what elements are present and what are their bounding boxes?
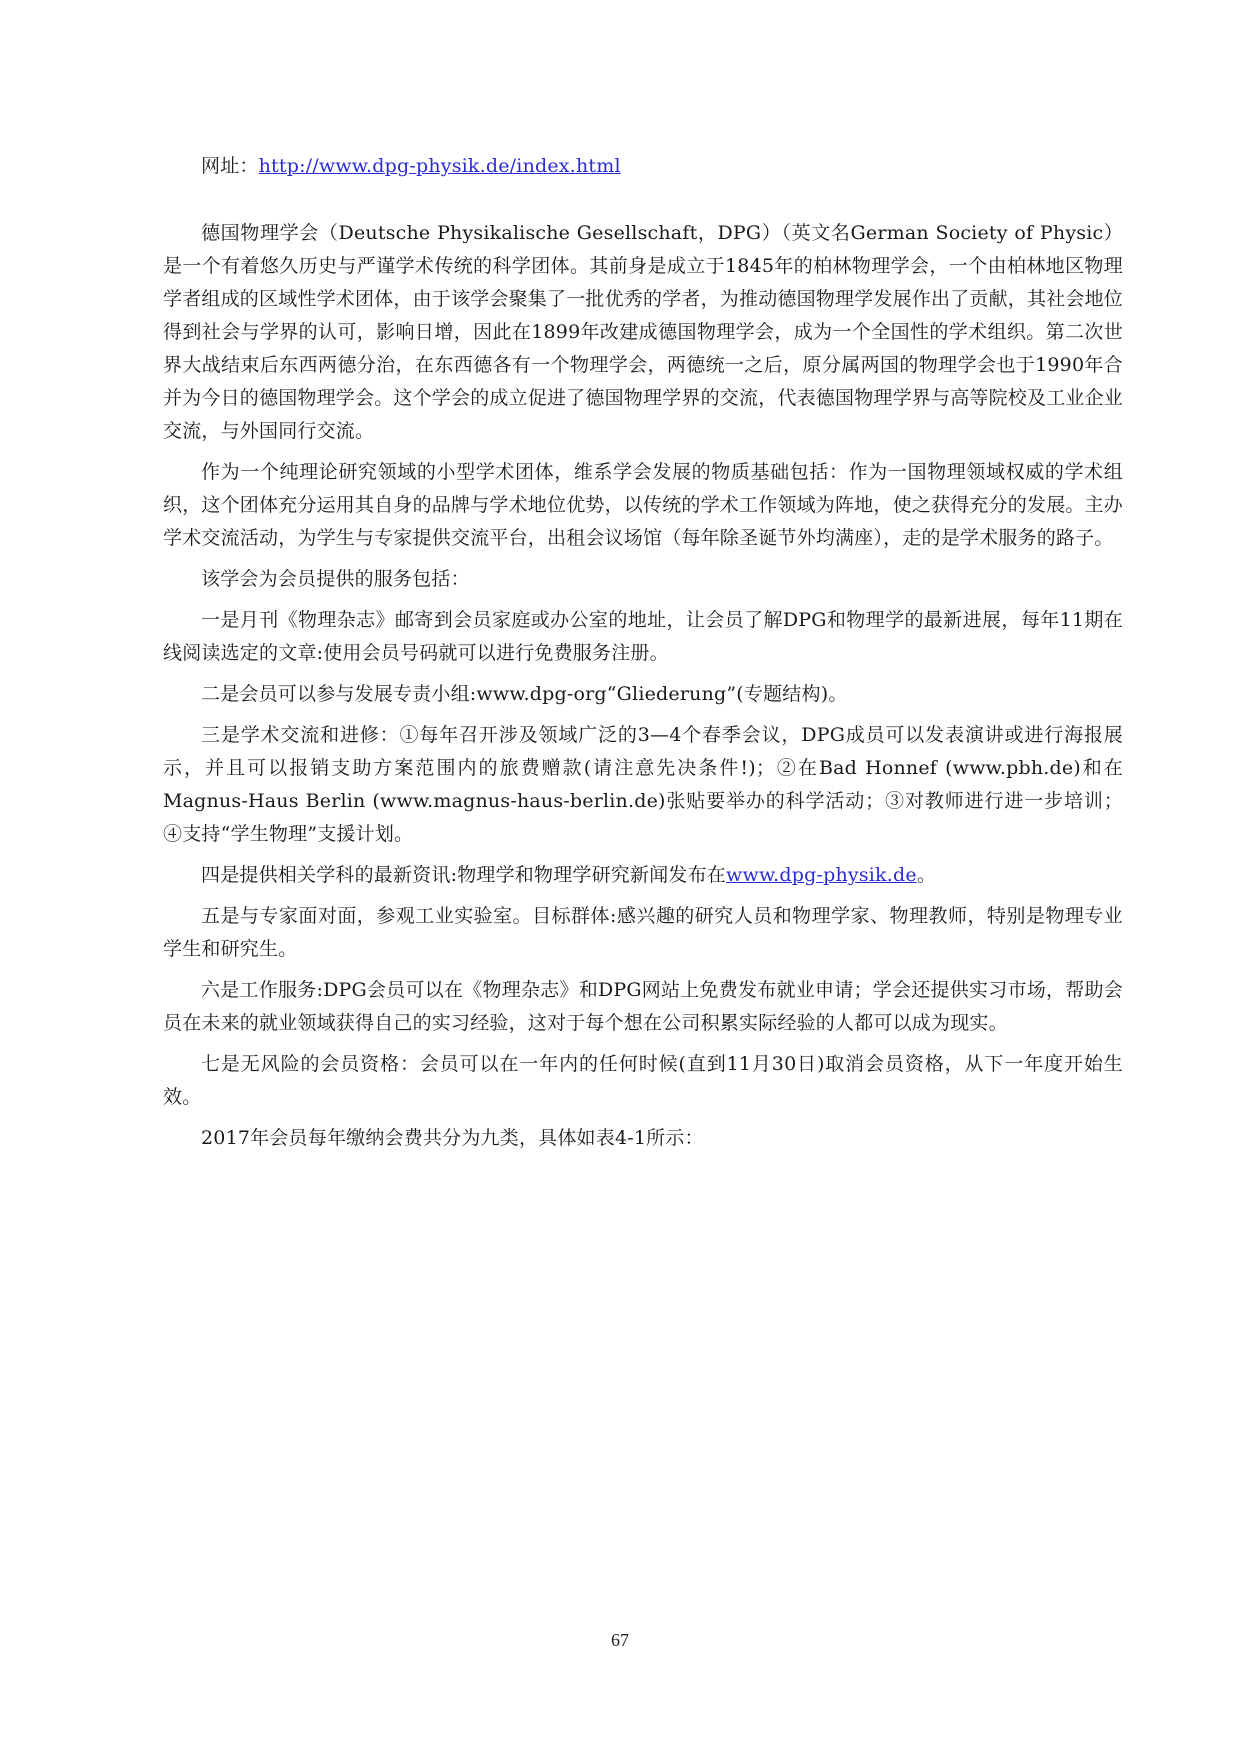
document-page: 网址：http://www.dpg-physik.de/index.html 德… [0,0,1240,1753]
website-link[interactable]: http://www.dpg-physik.de/index.html [259,155,621,177]
paragraph-intro: 德国物理学会（Deutsche Physikalische Gesellscha… [163,217,1123,448]
dpg-website-link[interactable]: www.dpg-physik.de [726,864,917,886]
document-body: 网址：http://www.dpg-physik.de/index.html 德… [163,150,1123,1155]
service-4-end: 。 [917,864,936,886]
paragraph-fees-intro: 2017年会员每年缴纳会费共分为九类，具体如表4-1所示： [163,1122,1123,1155]
paragraph-service-4: 四是提供相关学科的最新资讯:物理学和物理学研究新闻发布在www.dpg-phys… [163,859,1123,892]
paragraph-service-1: 一是月刊《物理杂志》邮寄到会员家庭或办公室的地址，让会员了解DPG和物理学的最新… [163,604,1123,670]
page-number: 67 [0,1630,1240,1651]
website-line: 网址：http://www.dpg-physik.de/index.html [163,150,1123,183]
service-4-text: 四是提供相关学科的最新资讯:物理学和物理学研究新闻发布在 [201,864,726,886]
paragraph-material-basis: 作为一个纯理论研究领域的小型学术团体，维系学会发展的物质基础包括：作为一国物理领… [163,456,1123,555]
website-label: 网址： [201,155,259,177]
paragraph-service-3: 三是学术交流和进修：①每年召开涉及领域广泛的3—4个春季会议，DPG成员可以发表… [163,719,1123,851]
paragraph-service-7: 七是无风险的会员资格：会员可以在一年内的任何时候(直到11月30日)取消会员资格… [163,1048,1123,1114]
paragraph-service-2: 二是会员可以参与发展专责小组:www.dpg-org“Gliederung”(专… [163,678,1123,711]
paragraph-service-5: 五是与专家面对面，参观工业实验室。目标群体:感兴趣的研究人员和物理学家、物理教师… [163,900,1123,966]
paragraph-service-6: 六是工作服务:DPG会员可以在《物理杂志》和DPG网站上免费发布就业申请；学会还… [163,974,1123,1040]
paragraph-services-heading: 该学会为会员提供的服务包括： [163,563,1123,596]
